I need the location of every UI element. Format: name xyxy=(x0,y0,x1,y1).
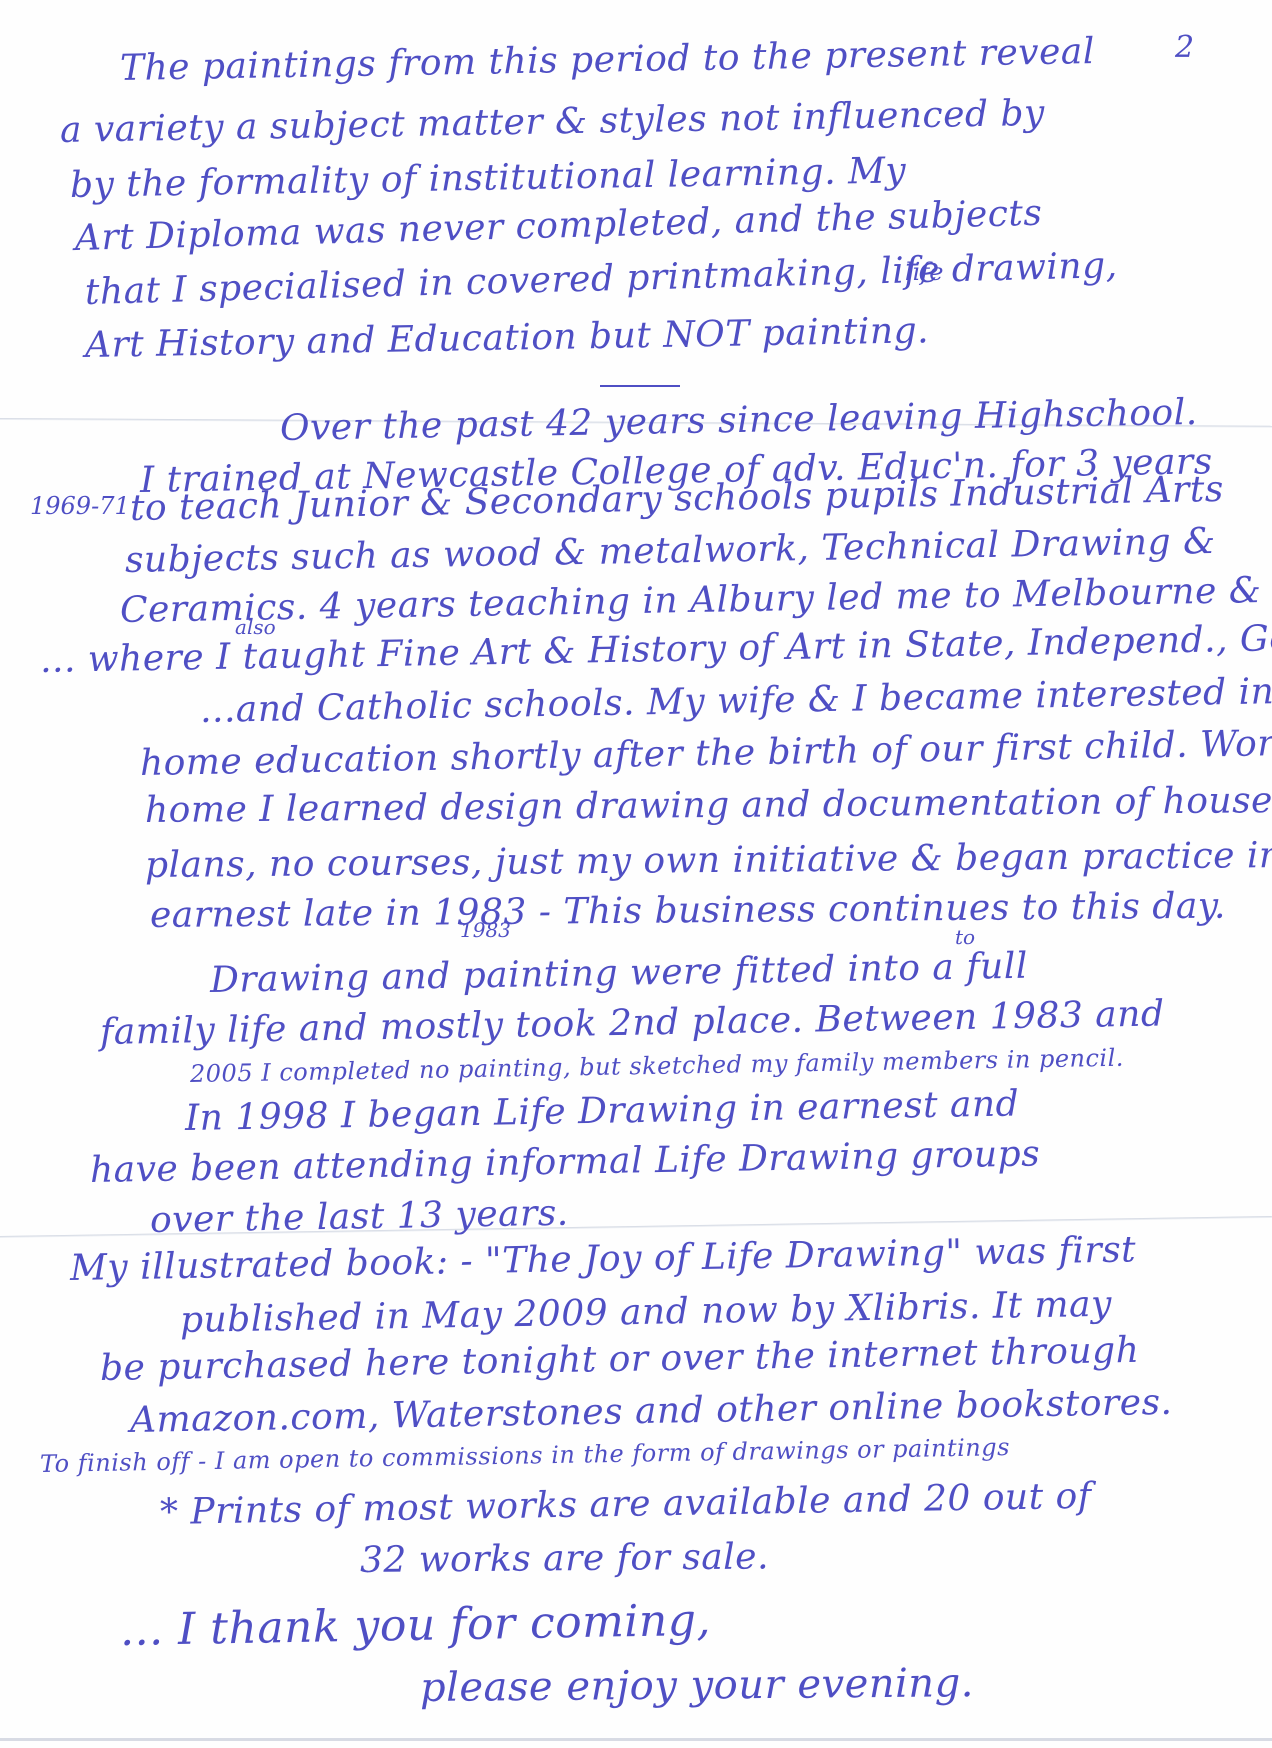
text-line: a variety a subject matter & styles not … xyxy=(60,93,1046,151)
text-line: Amazon.com, Waterstones and other online… xyxy=(130,1382,1173,1441)
text-line: family life and mostly took 2nd place. B… xyxy=(100,993,1165,1053)
text-line: 2005 I completed no painting, but sketch… xyxy=(190,1044,1124,1088)
text-line: home education shortly after the birth o… xyxy=(140,720,1272,784)
text-line: over the last 13 years. xyxy=(150,1193,569,1241)
inserted-word: to xyxy=(955,925,975,949)
text-line: The paintings from this period to the pr… xyxy=(120,31,1096,89)
text-line: plans, no courses, just my own initiativ… xyxy=(145,835,1272,886)
text-line: earnest late in 1983 - This business con… xyxy=(150,886,1226,936)
text-line: Drawing and painting were fitted into a … xyxy=(210,946,1028,1001)
paper-bottom-edge xyxy=(0,1738,1272,1741)
text-line: by the formality of institutional learni… xyxy=(70,150,907,206)
text-line: home I learned design drawing and docume… xyxy=(145,780,1272,831)
text-line: ...and Catholic schools. My wife & I bec… xyxy=(200,671,1272,731)
text-line: that I specialised in covered printmakin… xyxy=(84,245,1118,313)
closing-line: please enjoy your evening. xyxy=(420,1660,974,1711)
text-line: have been attending informal Life Drawin… xyxy=(90,1133,1041,1191)
inserted-word: 1983 xyxy=(460,918,511,942)
closing-line: ... I thank you for coming, xyxy=(120,1595,712,1656)
underline-mark xyxy=(600,385,680,387)
text-line: Over the past 42 years since leaving Hig… xyxy=(280,392,1198,449)
handwritten-letter-page: 2 The paintings from this period to the … xyxy=(0,0,1272,1748)
text-line: 32 works are for sale. xyxy=(360,1536,769,1581)
margin-note: 1969-71 xyxy=(30,492,130,520)
text-line: * Prints of most works are available and… xyxy=(160,1476,1092,1533)
text-line: subjects such as wood & metalwork, Techn… xyxy=(125,521,1216,581)
text-line: In 1998 I began Life Drawing in earnest … xyxy=(185,1083,1020,1139)
text-line: Art History and Education but NOT painti… xyxy=(85,310,930,366)
page-number: 2 xyxy=(1175,30,1194,65)
